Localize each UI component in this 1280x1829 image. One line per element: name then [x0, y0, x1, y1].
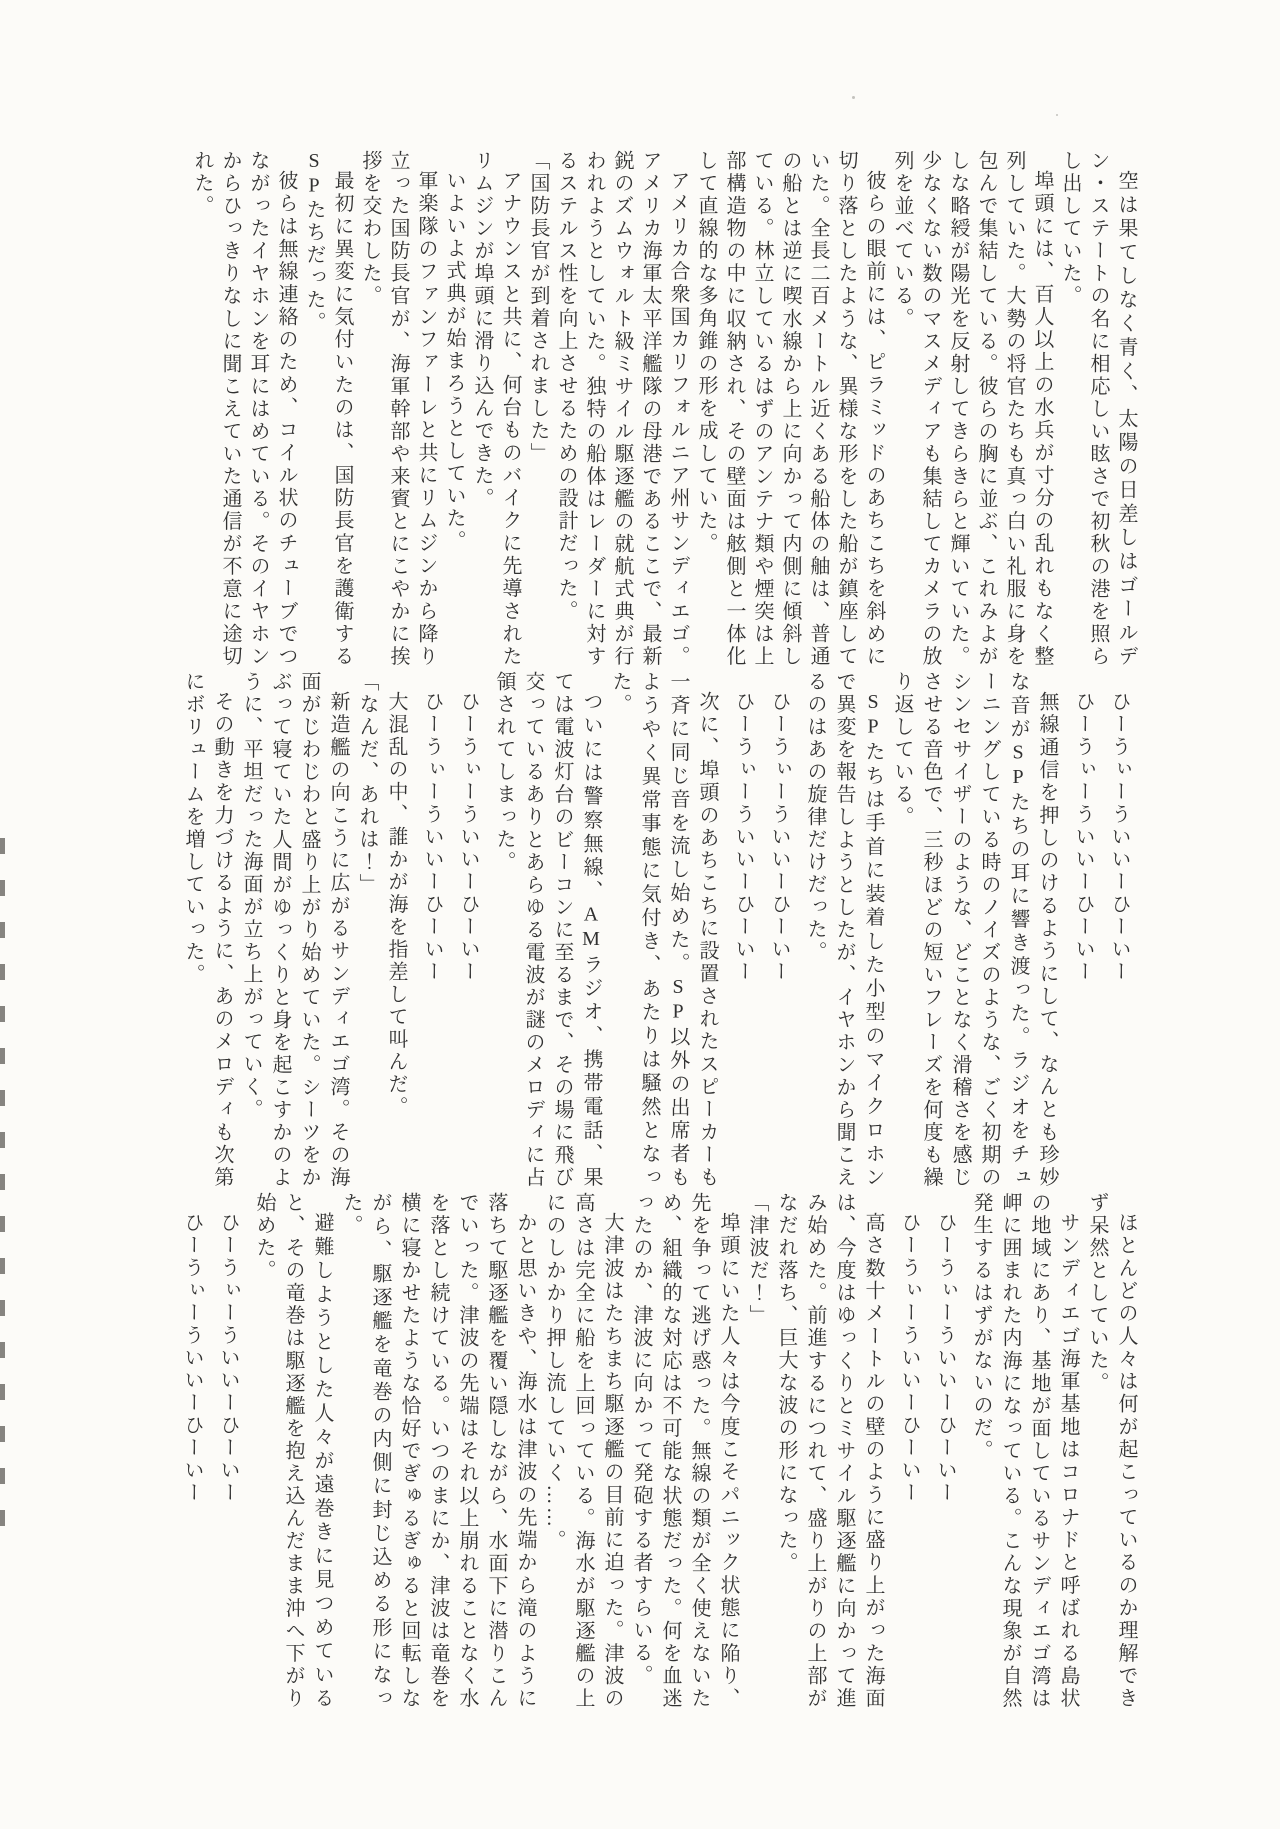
paragraph-dialogue: 「津波だ！」 — [742, 1192, 771, 1710]
paragraph-chant: ひーうぃーういいーひーいー — [1068, 671, 1097, 1189]
text-block-bottom: ほとんどの人々は何が起こっているのか理解できず呆然としていた。サンディエゴ海軍基… — [170, 1192, 1140, 1710]
paragraph-normal: 埠頭には、百人以上の水兵が寸分の乱れもなく整列していた。大勢の将官たちも真っ白い… — [888, 150, 1056, 668]
paragraph-normal: いよいよ式典が始まろうとしていた。 — [440, 150, 468, 668]
paragraph-normal: 大津波はたちまち駆逐艦の目前に迫った。津波の高さは完全に船を上回っている。海水が… — [539, 1192, 626, 1710]
latin-upright-run: AM — [580, 904, 602, 953]
paragraph-normal: 最初に異変に気付いたのは、国防長官を護衛するSPたちだった。 — [300, 150, 356, 668]
paragraph-normal: 次に、埠頭のあちこちに設置されたスピーカーも一斉に同じ音を流し始めた。SP以外の… — [605, 671, 721, 1189]
paragraph-dialogue: 「なんだ、あれは！」 — [352, 671, 381, 1189]
paragraph-chant: ひーうぃーういいーひーいー — [930, 1192, 959, 1710]
scan-dust-speck — [1056, 114, 1058, 116]
paragraph-chant: ひーうぃーういいーひーいー — [1104, 671, 1133, 1189]
scan-binding-artifacts — [0, 838, 5, 1536]
paragraph-normal: 大混乱の中、誰かが海を指差して叫んだ。 — [381, 671, 410, 1189]
paragraph-normal: アメリカ合衆国カリフォルニア州サンディエゴ。アメリカ海軍太平洋艦隊の母港であるこ… — [552, 150, 692, 668]
latin-upright-run: SP — [1007, 741, 1029, 790]
paragraph-normal: 軍楽隊のファンファーレと共にリムジンから降り立った国防長官が、海軍幹部や来賓とに… — [356, 150, 440, 668]
paragraph-normal: SPたちは手首に装着した小型のマイクロホンで異変を報告しようとしたが、イヤホンか… — [800, 671, 887, 1189]
latin-upright-run: SP — [667, 976, 689, 1025]
text-block-top: 空は果てしなく青く、太陽の日差しはゴールデン・ステートの名に相応しい眩さで初秋の… — [188, 150, 1140, 668]
paragraph-normal: 避難しようとした人々が遠巻きに見つめていると、その竜巻は駆逐艦を抱え込んだまま沖… — [249, 1192, 336, 1710]
latin-upright-run: SP — [862, 691, 884, 740]
paragraph-chant: ひーうぃーういいーひーいー — [453, 671, 482, 1189]
paragraph-normal: 空は果てしなく青く、太陽の日差しはゴールデン・ステートの名に相応しい眩さで初秋の… — [1056, 150, 1140, 668]
paragraph-normal: 彼らは無線連絡のため、コイル状のチューブでつながったイヤホンを耳にはめている。そ… — [188, 150, 300, 668]
paragraph-dialogue: 「国防長官が到着されました」 — [524, 150, 552, 668]
paragraph-chant: ひーうぃーういいーひーいー — [764, 671, 793, 1189]
paragraph-normal: 埠頭にいた人々は今度こそパニック状態に陥り、先を争って逃げ惑った。無線の類が全く… — [626, 1192, 742, 1710]
paragraph-normal: ほとんどの人々は何が起こっているのか理解できず呆然としていた。 — [1082, 1192, 1140, 1710]
paragraph-normal: 無線通信を押しのけるようにして、なんとも珍妙な音がSPたちの耳に響き渡った。ラジ… — [887, 671, 1061, 1189]
text-block-middle: ひーうぃーういいーひーいーひーうぃーういいーひーいー無線通信を押しのけるようにし… — [178, 671, 1140, 1189]
paragraph-chant: ひーうぃーういいーひーいー — [177, 1192, 206, 1710]
paragraph-normal: サンディエゴ海軍基地はコロナドと呼ばれる島状の地域にあり、基地が面しているサンデ… — [966, 1192, 1082, 1710]
paragraph-chant: ひーうぃーういいーひーいー — [728, 671, 757, 1189]
scanned-novel-page: 空は果てしなく青く、太陽の日差しはゴールデン・ステートの名に相応しい眩さで初秋の… — [0, 0, 1280, 1829]
paragraph-normal: 高さ数十メートルの壁のように盛り上がった海面は、今度はゆっくりとミサイル駆逐艦に… — [771, 1192, 887, 1710]
paragraph-chant: ひーうぃーういいーひーいー — [894, 1192, 923, 1710]
paragraph-normal: 彼らの眼前には、ピラミッドのあちこちを斜めに切り落としたような、異様な形をした船… — [692, 150, 888, 668]
paragraph-chant: ひーうぃーういいーひーいー — [213, 1192, 242, 1710]
paragraph-normal: アナウンスと共に、何台ものバイクに先導されたリムジンが埠頭に滑り込んできた。 — [468, 150, 524, 668]
paragraph-chant: ひーうぃーういいーひーいー — [417, 671, 446, 1189]
paragraph-normal: 新造艦の向こうに広がるサンディエゴ湾。その海面がじわじわと盛り上がり始めていた。… — [236, 671, 352, 1189]
paragraph-normal: かと思いきや、海水は津波の先端から滝のように落ちて駆逐艦を覆い隠しながら、水面下… — [336, 1192, 539, 1710]
latin-upright-run: SP — [303, 150, 325, 199]
scan-dust-speck — [852, 96, 855, 99]
paragraph-normal: その動きを力づけるように、あのメロディも次第にボリュームを増していった。 — [178, 671, 236, 1189]
paragraph-normal: ついには警察無線、AMラジオ、携帯電話、果ては電波灯台のビーコンに至るまで、その… — [489, 671, 605, 1189]
